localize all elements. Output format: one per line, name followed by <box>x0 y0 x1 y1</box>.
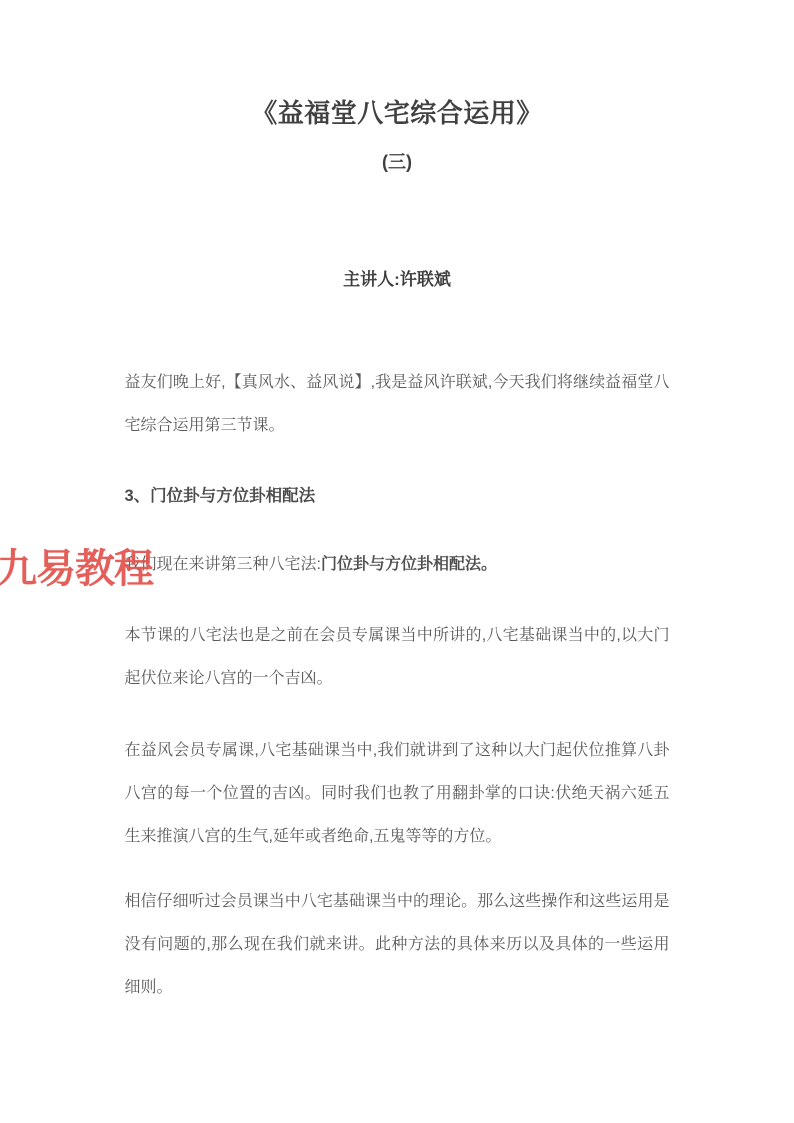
part-number-label: (三) <box>125 149 670 175</box>
lead-in-line: 我们现在来讲第三种八宅法:门位卦与方位卦相配法。 <box>125 543 670 586</box>
document-page: 九易教程 《益福堂八宅综合运用》 (三) 主讲人:许联斌 益友们晚上好,【真风水… <box>0 0 794 1123</box>
document-content: 《益福堂八宅综合运用》 (三) 主讲人:许联斌 益友们晚上好,【真风水、益风说】… <box>125 95 670 1009</box>
body-paragraph: 在益风会员专属课,八宅基础课当中,我们就讲到了这种以大门起伏位推算八卦八宫的每一… <box>125 729 670 858</box>
lead-in-bold-text: 门位卦与方位卦相配法。 <box>321 556 497 573</box>
lead-in-normal-text: 我们现在来讲第三种八宅法: <box>125 556 321 573</box>
body-paragraph: 本节课的八宅法也是之前在会员专属课当中所讲的,八宅基础课当中的,以大门起伏位来论… <box>125 614 670 700</box>
body-paragraph: 相信仔细听过会员课当中八宅基础课当中的理论。那么这些操作和这些运用是没有问题的,… <box>125 880 670 1009</box>
section-heading: 3、门位卦与方位卦相配法 <box>125 483 670 509</box>
page-title: 《益福堂八宅综合运用》 <box>125 95 670 133</box>
watermark-text: 九易教程 <box>0 537 153 594</box>
intro-paragraph: 益友们晚上好,【真风水、益风说】,我是益风许联斌,今天我们将继续益福堂八宅综合运… <box>125 361 670 447</box>
speaker-line: 主讲人:许联斌 <box>125 267 670 293</box>
